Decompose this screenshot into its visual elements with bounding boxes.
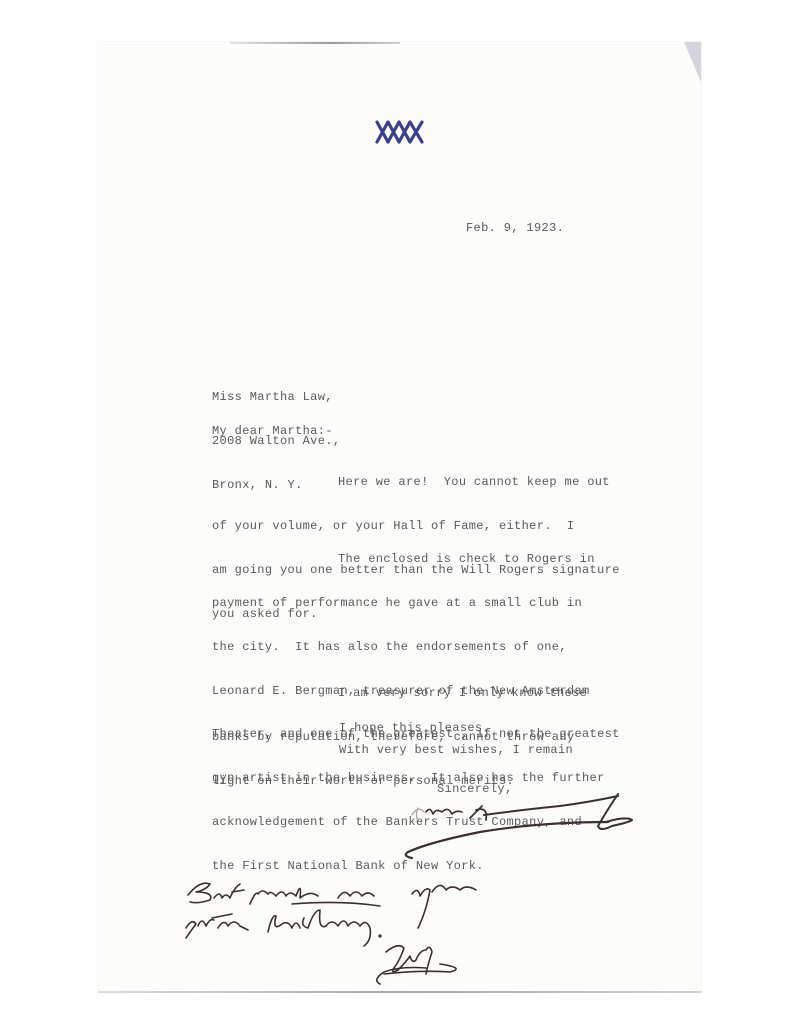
handwritten-postscript: Best regards on your sister's birthday. (0, 0, 800, 1035)
postscript-line: sister's birthday. (0, 0, 7, 1)
